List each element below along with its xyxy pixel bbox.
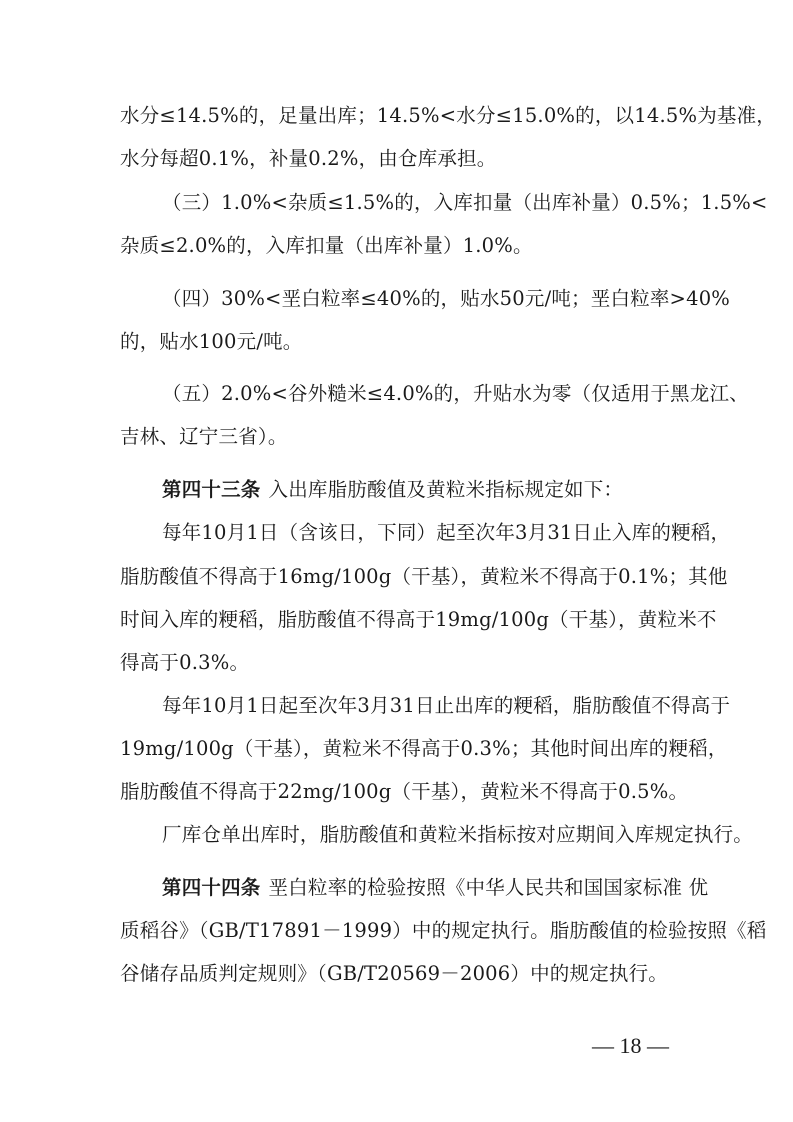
paragraph-line: 厂库仓单出库时，脂肪酸值和黄粒米指标按对应期间入库规定执行。: [162, 823, 672, 847]
article-text: 垩白粒率的检验按照《中华人民共和国国家标准 优: [269, 876, 709, 899]
article-text: 入出库脂肪酸值及黄粒米指标规定如下：: [269, 478, 624, 501]
paragraph-line: 每年10月1日（含该日，下同）起至次年3月31日止入库的粳稻，: [162, 521, 672, 545]
paragraph-line: 谷储存品质判定规则》（GB/T20569－2006）中的规定执行。: [120, 962, 672, 986]
paragraph-line: 时间入库的粳稻，脂肪酸值不得高于19mg/100g（干基），黄粒米不: [120, 608, 672, 632]
article-heading: 第四十三条: [162, 478, 261, 501]
paragraph-line: 得高于0.3%。: [120, 651, 672, 675]
page-number: — 18 —: [592, 1033, 669, 1059]
paragraph-line: （四）30%<垩白粒率≤40%的，贴水50元/吨；垩白粒率>40%: [162, 287, 672, 311]
paragraph-line: 吉林、辽宁三省）。: [120, 425, 672, 449]
paragraph-line: （五）2.0%<谷外糙米≤4.0%的，升贴水为零（仅适用于黑龙江、: [162, 382, 672, 406]
paragraph-line: 水分≤14.5%的，足量出库；14.5%<水分≤15.0%的，以14.5%为基准…: [120, 104, 672, 128]
paragraph-line: 杂质≤2.0%的，入库扣量（出库补量）1.0%。: [120, 234, 672, 258]
paragraph-line: 脂肪酸值不得高于16mg/100g（干基），黄粒米不得高于0.1%；其他: [120, 565, 672, 589]
article-43-line: 第四十三条入出库脂肪酸值及黄粒米指标规定如下：: [162, 478, 672, 502]
paragraph-line: 质稻谷》（GB/T17891－1999）中的规定执行。脂肪酸值的检验按照《稻: [120, 919, 672, 943]
paragraph-line: 的，贴水100元/吨。: [120, 330, 672, 354]
paragraph-line: 水分每超0.1%，补量0.2%，由仓库承担。: [120, 147, 672, 171]
paragraph-line: （三）1.0%<杂质≤1.5%的，入库扣量（出库补量）0.5%；1.5%<: [162, 191, 672, 215]
article-heading: 第四十四条: [162, 876, 261, 899]
paragraph-line: 脂肪酸值不得高于22mg/100g（干基），黄粒米不得高于0.5%。: [120, 780, 672, 804]
article-44-line: 第四十四条垩白粒率的检验按照《中华人民共和国国家标准 优: [162, 876, 672, 900]
paragraph-line: 19mg/100g（干基），黄粒米不得高于0.3%；其他时间出库的粳稻，: [120, 737, 672, 761]
paragraph-line: 每年10月1日起至次年3月31日止出库的粳稻，脂肪酸值不得高于: [162, 694, 672, 718]
document-page: 水分≤14.5%的，足量出库；14.5%<水分≤15.0%的，以14.5%为基准…: [0, 0, 793, 1122]
